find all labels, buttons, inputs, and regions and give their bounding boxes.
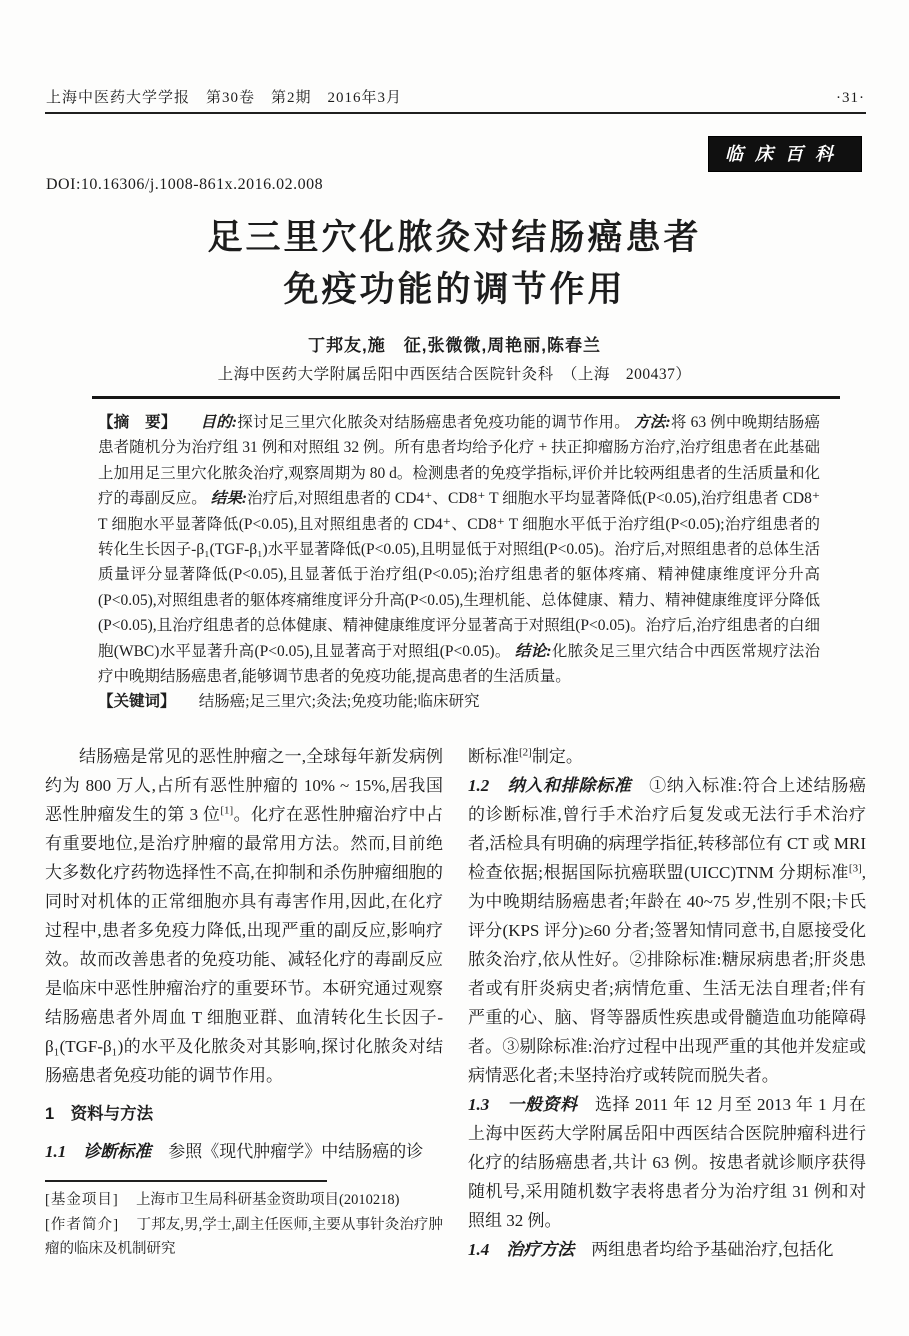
citation-ref-2: [2] xyxy=(519,746,532,758)
s11-cont-part2: 制定。 xyxy=(532,747,583,766)
article-title-line1: 足三里穴化脓灸对结肠癌患者 xyxy=(0,212,909,264)
keywords-line: 【关键词】 结肠癌;足三里穴;灸法;免疫功能;临床研究 xyxy=(98,689,820,714)
s11-cont-part1: 断标准 xyxy=(468,747,519,766)
journal-header: 上海中医药大学学报 第30卷 第2期 2016年3月 ·31· xyxy=(46,86,865,107)
journal-page: 上海中医药大学学报 第30卷 第2期 2016年3月 ·31· 临床百科 DOI… xyxy=(0,0,909,1336)
abstract-divider xyxy=(92,396,840,399)
abstract-paragraph: 【摘 要】 目的:探讨足三里穴化脓灸对结肠癌患者免疫功能的调节作用。 方法:将 … xyxy=(98,410,820,689)
fund-project-label: [基金项目] xyxy=(45,1192,119,1208)
author-bio-label: [作者简介] xyxy=(45,1217,119,1233)
fund-project-line: [基金项目]上海市卫生局科研基金资助项目(2010218) xyxy=(45,1188,443,1213)
abstract-results-text: 治疗后,对照组患者的 CD4⁺、CD8⁺ T 细胞水平均显著降低(P<0.05)… xyxy=(98,490,820,659)
section-1-2-paragraph: 1.2 纳入和排除标准 ①纳入标准:符合上述结肠癌的诊断标准,曾行手术治疗后复发… xyxy=(468,771,866,1090)
doi: DOI:10.16306/j.1008-861x.2016.02.008 xyxy=(46,176,323,194)
abstract-objective-text: 探讨足三里穴化脓灸对结肠癌患者免疫功能的调节作用。 xyxy=(237,414,630,431)
section-1-4-text: 两组患者均给予基础治疗,包括化 xyxy=(574,1240,833,1259)
citation-ref-1: [1] xyxy=(220,804,233,816)
section-1-3-tag: 1.3 一般资料 xyxy=(468,1095,578,1114)
keywords-text: 结肠癌;足三里穴;灸法;免疫功能;临床研究 xyxy=(199,693,480,710)
section-1-1-text: 参照《现代肿瘤学》中结肠癌的诊 xyxy=(151,1142,423,1161)
footnote-divider xyxy=(45,1180,327,1182)
article-title: 足三里穴化脓灸对结肠癌患者 免疫功能的调节作用 xyxy=(0,212,909,316)
journal-issue-info: 上海中医药大学学报 第30卷 第2期 2016年3月 xyxy=(46,86,402,107)
section-1-2-text-b: ,为中晚期结肠癌患者;年龄在 40~75 岁,性别不限;卡氏评分(KPS 评分)… xyxy=(468,863,866,1085)
article-title-line2: 免疫功能的调节作用 xyxy=(0,264,909,316)
left-column: 结肠癌是常见的恶性肿瘤之一,全球每年新发病例约为 800 万人,占所有恶性肿瘤的… xyxy=(45,742,443,1264)
section-1-2-tag: 1.2 纳入和排除标准 xyxy=(468,776,631,795)
abstract-label: 【摘 要】 xyxy=(98,414,177,431)
section-1-1-continuation: 断标准[2]制定。 xyxy=(468,742,866,771)
header-divider xyxy=(45,112,866,114)
fund-project-text: 上海市卫生局科研基金资助项目(2010218) xyxy=(136,1192,399,1208)
intro-part2: 。化疗在恶性肿瘤治疗中占有重要地位,是治疗肿瘤的最常用方法。然而,目前绝大多数化… xyxy=(45,805,443,1085)
section-1-1-paragraph: 1.1 诊断标准 参照《现代肿瘤学》中结肠癌的诊 xyxy=(45,1137,443,1166)
abstract: 【摘 要】 目的:探讨足三里穴化脓灸对结肠癌患者免疫功能的调节作用。 方法:将 … xyxy=(98,410,820,715)
section-1-4-paragraph: 1.4 治疗方法 两组患者均给予基础治疗,包括化 xyxy=(468,1235,866,1264)
footnote-block: [基金项目]上海市卫生局科研基金资助项目(2010218) [作者简介]丁邦友,… xyxy=(45,1188,443,1262)
page-number: ·31· xyxy=(836,90,865,107)
abstract-objective-tag: 目的: xyxy=(200,414,237,431)
abstract-results-tag: 结果: xyxy=(211,490,247,507)
section-1-1-tag: 1.1 诊断标准 xyxy=(45,1142,151,1161)
affiliation: 上海中医药大学附属岳阳中西医结合医院针灸科 （上海 200437） xyxy=(0,362,909,384)
section-1-3-paragraph: 1.3 一般资料 选择 2011 年 12 月至 2013 年 1 月在上海中医… xyxy=(468,1090,866,1235)
citation-ref-3: [3] xyxy=(849,862,862,874)
section-1-heading: 1 资料与方法 xyxy=(45,1100,443,1129)
author-bio-line: [作者简介]丁邦友,男,学士,副主任医师,主要从事针灸治疗肿瘤的临床及机制研究 xyxy=(45,1213,443,1262)
keywords-label: 【关键词】 xyxy=(98,693,176,710)
abstract-conclusion-tag: 结论: xyxy=(515,643,552,660)
abstract-methods-tag: 方法: xyxy=(634,414,671,431)
authors: 丁邦友,施 征,张微微,周艳丽,陈春兰 xyxy=(0,331,909,356)
section-1-3-text: 选择 2011 年 12 月至 2013 年 1 月在上海中医药大学附属岳阳中西… xyxy=(468,1095,866,1230)
intro-paragraph: 结肠癌是常见的恶性肿瘤之一,全球每年新发病例约为 800 万人,占所有恶性肿瘤的… xyxy=(45,742,443,1090)
section-badge: 临床百科 xyxy=(708,136,862,172)
right-column: 断标准[2]制定。 1.2 纳入和排除标准 ①纳入标准:符合上述结肠癌的诊断标准… xyxy=(468,742,866,1264)
section-1-4-tag: 1.4 治疗方法 xyxy=(468,1240,574,1259)
body-columns: 结肠癌是常见的恶性肿瘤之一,全球每年新发病例约为 800 万人,占所有恶性肿瘤的… xyxy=(45,742,866,1264)
